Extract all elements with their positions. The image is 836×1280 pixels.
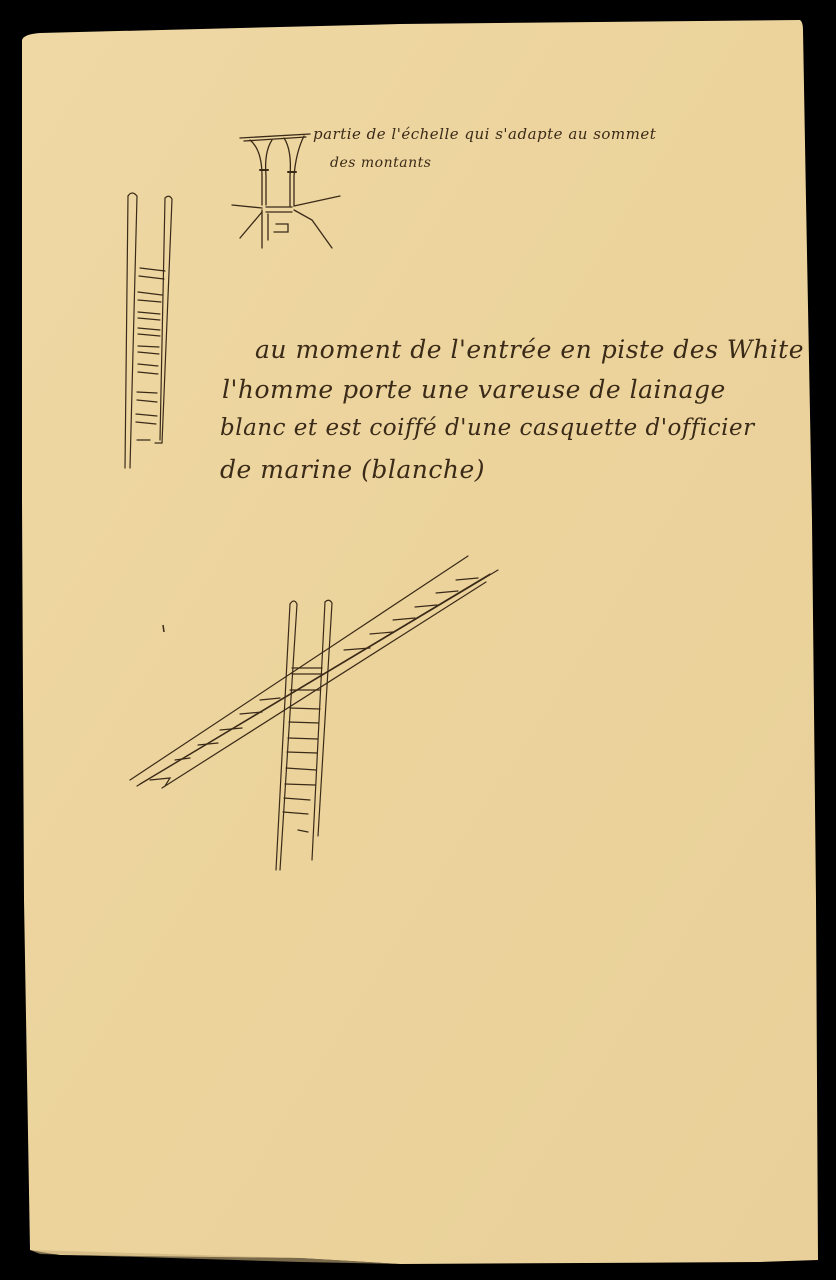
note-line-3: blanc et est coiffé d'une casquette d'of… (220, 415, 755, 441)
note-line-4: de marine (blanche) (220, 455, 485, 484)
manuscript-page: partie de l'échelle qui s'adapte au somm… (0, 0, 836, 1280)
note-line-1: au moment de l'entrée en piste des White (255, 335, 804, 364)
sketch-caption-line1: partie de l'échelle qui s'adapte au somm… (313, 125, 656, 143)
paper-sheet (0, 0, 836, 1280)
note-line-2: l'homme porte une vareuse de lainage (222, 375, 726, 404)
sketch-caption-line2: des montants (330, 155, 431, 171)
